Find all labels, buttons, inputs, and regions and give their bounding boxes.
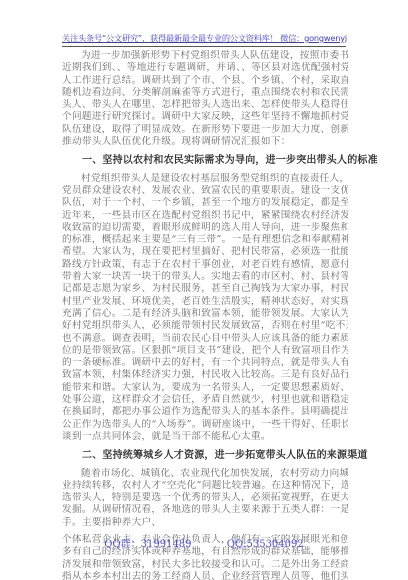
text-line: 指从本乡本村出去的务工经商人员、企业经营管理人员等，他们头脑灵活、见 <box>62 571 348 580</box>
text-line: 党员群众建设农村、发展农业、致富农民的重要职责。建设一支优秀的带头人 <box>62 185 348 197</box>
text-line: 致富本领，村集体经济实力强，村民收入比较高。三是有良好品行和公道之心， <box>62 369 348 381</box>
text-line: 村里产业发展、环境优美，老百姓生活殷实，精神状态好，对实现“致富梦” <box>62 296 348 308</box>
text-line: 人工作进行总结。调研共到了个市、个县、个乡镇、个村，采取直接进村入户、 <box>62 75 348 87</box>
section-heading-1: 一、坚持以农村和农民实际需求为导向，进一步突出带头人的标准 <box>62 155 348 167</box>
text-line: 能带来和谐。大家认为，要成为一名带头人，一定要思想素质好、品行端正、 <box>62 382 348 394</box>
text-line: 在换届时，都把办事公道作为选配带头人的基本条件。县明确提出，要把处事 <box>62 406 348 418</box>
section-1-paragraph: 村党组织带头人是建设农村基层服务型党组织的直接责任人，肩负着带领 党员群众建设农… <box>62 173 348 444</box>
text-line: 头人、带头人在哪里、怎样把带头人选出来、怎样使带头人稳得住干得好等四 <box>62 99 348 111</box>
text-line: 也不满意。调查表明，当前农民心目中带头人应该具备的能力素质，排在第一 <box>62 333 348 345</box>
text-line: 收致富的迫切需要，着眼形成鲜明的选人用人导向，进一步聚焦和明确带头人 <box>62 222 348 234</box>
text-line: 随机边看边问、分类解剖麻雀等方式进行，重点围绕农村和农民需要怎样的带 <box>62 87 348 99</box>
text-line: 的一条硬标准。调研中去的好村，有一个共同特点，就是带头人有经济头脑和 <box>62 357 348 369</box>
header-promo-link[interactable]: 关注头条号“公文研究”，获得最新最全最专业的公文资料库！ 微信：gongweny… <box>62 33 347 43</box>
text-line: 希望。大家认为，现在要把村里搞好、把村民带富，必须选一批能够贯彻党的 <box>62 246 348 258</box>
text-line: 手。主要指种养大户、 <box>62 517 348 529</box>
text-line: 队伍建设，取得了明显成效。在新形势下要进一步加大力度、创新发展，努力 <box>62 124 348 136</box>
text-line: 记都是志愿为家乡、为村民服务，甚至自己掏钱为大家办事，村民十分拥护； <box>62 283 348 295</box>
text-line: 村党组织带头人是建设农村基层服务型党组织的直接责任人，肩负着带领 <box>62 173 348 185</box>
document-page: 关注头条号“公文研究”，获得最新最全最专业的公文资料库！ 微信：gongweny… <box>0 0 408 580</box>
text-line: 济发展和带领致富，村民大多比较接受和认可。二是外出务工经商人员。主要 <box>62 559 348 571</box>
section-heading-2: 二、坚持统筹城乡人才资源，进一步拓宽带头人队伍的来源渠道 <box>62 450 348 462</box>
qq-number: QQ:535304092 <box>227 539 304 550</box>
intro-paragraph: 为进一步加强新形势下村党组织带头人队伍建设，按照市委书记批示精神， 近期我们到、… <box>62 50 348 148</box>
text-line: 随着市场化、城镇化、农业现代化加快发展，农村劳动力向城镇和非农产 <box>62 468 348 480</box>
text-line: 选带头人，特别是要选一个优秀的带头人，必须拓宽视野，在更大范围寻找和 <box>62 492 348 504</box>
text-line: 个问题进行研究探讨。调研中大家反映，这些年坚持不懈地抓村党组织带头人 <box>62 111 348 123</box>
page-footer: QQ群：31991489 QQ:535304092 <box>0 535 408 550</box>
text-line: 近期我们到、、等地进行专题调研，并请、、等区县对选优配强村党组织带头 <box>62 62 348 74</box>
text-line: 队伍，对于一个村、一个乡镇，甚至一个地方的发展稳定，都是至关重要的。 <box>62 197 348 209</box>
qq-group-number: QQ群：31991489 <box>104 535 191 550</box>
text-line: 充满了信心。二是有经济头脑和致富本领，能带领发展。大家认为，现在要当 <box>62 308 348 320</box>
text-line: 路线方针政策，有志于在农村干事创业，对老百姓有感情，愿意付出和奉献， <box>62 259 348 271</box>
text-line: 的标准，概括起来主要是“三有三带”。一是有理想信念和奉献精神，能带给 <box>62 234 348 246</box>
text-line: 处事公道，这样群众才会信任，矛盾自然就少，村里也就和谐稳定。、、等地 <box>62 394 348 406</box>
text-line: 业持续转移，农村人才“空壳化”问题比较普遍。在这种情况下，选村干部、 <box>62 480 348 492</box>
text-line: 近年来，一些县市区在选配村党组织书记中，紧紧围绕农村经济发展和农民增 <box>62 210 348 222</box>
section-2-paragraph: 随着市场化、城镇化、农业现代化加快发展，农村劳动力向城镇和非农产 业持续转移，农… <box>62 468 348 529</box>
text-line: 推动带头人队伍优化升级。现将调研情况汇报如下： <box>62 136 348 148</box>
header-banner: 关注头条号“公文研究”，获得最新最全最专业的公文资料库！ 微信：gongweny… <box>62 26 346 47</box>
text-line: 好村党组织带头人，必须能带领村民发展致富，否则在村里“吃不开”，群众 <box>62 320 348 332</box>
text-line: 为进一步加强新形势下村党组织带头人队伍建设，按照市委书记批示精神， <box>62 50 348 62</box>
text-line: 公正作为选带头人的“入场券”。调研座谈中，一些干得好、任职长的村书记 <box>62 419 348 431</box>
text-line: 发掘。从调研情况看，各地选的带头人主要来源于五类人群：一是本村致富能 <box>62 504 348 516</box>
document-body: 为进一步加强新形势下村党组织带头人队伍建设，按照市委书记批示精神， 近期我们到、… <box>62 50 348 580</box>
text-line: 谈到一点共同体会，就是当干部不能私心太重。 <box>62 431 348 443</box>
text-line: 带着大家一块苦一块干的带头人。实地去看的市区村、村、县村等，党组织书 <box>62 271 348 283</box>
text-line: 位的是带领致富。区狠抓“项目支书”建设，把个人有致富项目作为选带头人 <box>62 345 348 357</box>
